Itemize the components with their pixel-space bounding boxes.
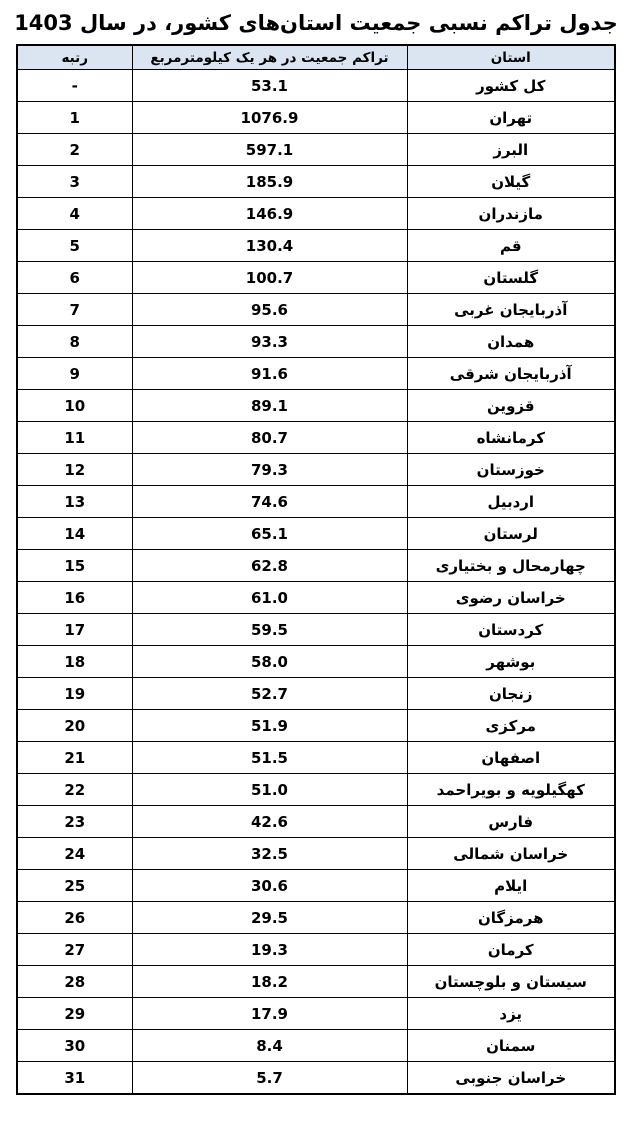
cell-rank: 11 bbox=[17, 422, 132, 454]
cell-rank: 22 bbox=[17, 774, 132, 806]
cell-density: 91.6 bbox=[132, 358, 407, 390]
cell-rank: 7 bbox=[17, 294, 132, 326]
cell-rank: 8 bbox=[17, 326, 132, 358]
cell-rank: 12 bbox=[17, 454, 132, 486]
cell-province: کردستان bbox=[407, 614, 615, 646]
cell-province: تهران bbox=[407, 102, 615, 134]
cell-rank: 10 bbox=[17, 390, 132, 422]
cell-province: اصفهان bbox=[407, 742, 615, 774]
header-rank: رتبه bbox=[17, 45, 132, 70]
cell-density: 62.8 bbox=[132, 550, 407, 582]
cell-rank: 5 bbox=[17, 230, 132, 262]
table-row: البرز597.12 bbox=[17, 134, 615, 166]
cell-density: 51.9 bbox=[132, 710, 407, 742]
table-row: مازندران146.94 bbox=[17, 198, 615, 230]
table-row: کردستان59.517 bbox=[17, 614, 615, 646]
cell-rank: 3 bbox=[17, 166, 132, 198]
table-body: کل کشور53.1-تهران1076.91البرز597.12گیلان… bbox=[17, 70, 615, 1095]
cell-province: مازندران bbox=[407, 198, 615, 230]
cell-province: خراسان جنوبی bbox=[407, 1062, 615, 1095]
cell-rank: - bbox=[17, 70, 132, 102]
cell-province: بوشهر bbox=[407, 646, 615, 678]
cell-rank: 4 bbox=[17, 198, 132, 230]
cell-province: یزد bbox=[407, 998, 615, 1030]
table-row: کرمان19.327 bbox=[17, 934, 615, 966]
cell-rank: 20 bbox=[17, 710, 132, 742]
cell-density: 100.7 bbox=[132, 262, 407, 294]
cell-rank: 27 bbox=[17, 934, 132, 966]
table-row: آذربایجان غربی95.67 bbox=[17, 294, 615, 326]
table-row: کل کشور53.1- bbox=[17, 70, 615, 102]
cell-rank: 16 bbox=[17, 582, 132, 614]
cell-province: گیلان bbox=[407, 166, 615, 198]
cell-province: ایلام bbox=[407, 870, 615, 902]
cell-rank: 28 bbox=[17, 966, 132, 998]
table-row: زنجان52.719 bbox=[17, 678, 615, 710]
cell-density: 185.9 bbox=[132, 166, 407, 198]
cell-province: فارس bbox=[407, 806, 615, 838]
cell-province: لرستان bbox=[407, 518, 615, 550]
table-row: مرکزی51.920 bbox=[17, 710, 615, 742]
cell-density: 29.5 bbox=[132, 902, 407, 934]
cell-province: اردبیل bbox=[407, 486, 615, 518]
cell-province: قزوین bbox=[407, 390, 615, 422]
cell-province: هرمزگان bbox=[407, 902, 615, 934]
table-row: گلستان100.76 bbox=[17, 262, 615, 294]
cell-rank: 21 bbox=[17, 742, 132, 774]
cell-density: 52.7 bbox=[132, 678, 407, 710]
cell-province: گلستان bbox=[407, 262, 615, 294]
cell-density: 597.1 bbox=[132, 134, 407, 166]
cell-density: 146.9 bbox=[132, 198, 407, 230]
table-row: خراسان جنوبی5.731 bbox=[17, 1062, 615, 1095]
table-row: فارس42.623 bbox=[17, 806, 615, 838]
table-row: قم130.45 bbox=[17, 230, 615, 262]
cell-rank: 26 bbox=[17, 902, 132, 934]
table-row: اردبیل74.613 bbox=[17, 486, 615, 518]
cell-province: سمنان bbox=[407, 1030, 615, 1062]
cell-rank: 19 bbox=[17, 678, 132, 710]
table-row: ایلام30.625 bbox=[17, 870, 615, 902]
table-row: سیستان و بلوچستان18.228 bbox=[17, 966, 615, 998]
cell-province: آذربایجان غربی bbox=[407, 294, 615, 326]
cell-province: زنجان bbox=[407, 678, 615, 710]
cell-rank: 1 bbox=[17, 102, 132, 134]
table-row: یزد17.929 bbox=[17, 998, 615, 1030]
cell-density: 18.2 bbox=[132, 966, 407, 998]
cell-province: کل کشور bbox=[407, 70, 615, 102]
cell-density: 51.0 bbox=[132, 774, 407, 806]
cell-rank: 14 bbox=[17, 518, 132, 550]
cell-density: 95.6 bbox=[132, 294, 407, 326]
cell-density: 93.3 bbox=[132, 326, 407, 358]
cell-density: 19.3 bbox=[132, 934, 407, 966]
cell-province: کهگیلویه و بویراحمد bbox=[407, 774, 615, 806]
table-row: تهران1076.91 bbox=[17, 102, 615, 134]
cell-density: 53.1 bbox=[132, 70, 407, 102]
cell-density: 130.4 bbox=[132, 230, 407, 262]
cell-province: کرمان bbox=[407, 934, 615, 966]
cell-density: 5.7 bbox=[132, 1062, 407, 1095]
cell-density: 79.3 bbox=[132, 454, 407, 486]
cell-density: 80.7 bbox=[132, 422, 407, 454]
cell-province: قم bbox=[407, 230, 615, 262]
density-table: استان تراکم جمعیت در هر یک کیلومترمربع ر… bbox=[16, 44, 616, 1095]
table-row: اصفهان51.521 bbox=[17, 742, 615, 774]
cell-rank: 2 bbox=[17, 134, 132, 166]
cell-density: 17.9 bbox=[132, 998, 407, 1030]
cell-density: 74.6 bbox=[132, 486, 407, 518]
cell-density: 59.5 bbox=[132, 614, 407, 646]
cell-rank: 9 bbox=[17, 358, 132, 390]
cell-density: 1076.9 bbox=[132, 102, 407, 134]
cell-density: 32.5 bbox=[132, 838, 407, 870]
header-density: تراکم جمعیت در هر یک کیلومترمربع bbox=[132, 45, 407, 70]
cell-province: البرز bbox=[407, 134, 615, 166]
cell-density: 89.1 bbox=[132, 390, 407, 422]
cell-density: 51.5 bbox=[132, 742, 407, 774]
page-title: جدول تراکم نسبی جمعیت استان‌های کشور، در… bbox=[8, 11, 624, 35]
cell-rank: 29 bbox=[17, 998, 132, 1030]
table-row: هرمزگان29.526 bbox=[17, 902, 615, 934]
cell-province: خوزستان bbox=[407, 454, 615, 486]
cell-province: سیستان و بلوچستان bbox=[407, 966, 615, 998]
cell-density: 61.0 bbox=[132, 582, 407, 614]
cell-density: 30.6 bbox=[132, 870, 407, 902]
table-row: بوشهر58.018 bbox=[17, 646, 615, 678]
table-row: خراسان شمالی32.524 bbox=[17, 838, 615, 870]
cell-province: همدان bbox=[407, 326, 615, 358]
document-page: جدول تراکم نسبی جمعیت استان‌های کشور، در… bbox=[0, 0, 632, 1138]
cell-rank: 6 bbox=[17, 262, 132, 294]
cell-density: 42.6 bbox=[132, 806, 407, 838]
cell-province: خراسان رضوی bbox=[407, 582, 615, 614]
table-row: خراسان رضوی61.016 bbox=[17, 582, 615, 614]
table-row: همدان93.38 bbox=[17, 326, 615, 358]
cell-rank: 15 bbox=[17, 550, 132, 582]
cell-province: کرمانشاه bbox=[407, 422, 615, 454]
table-header-row: استان تراکم جمعیت در هر یک کیلومترمربع ر… bbox=[17, 45, 615, 70]
table-row: لرستان65.114 bbox=[17, 518, 615, 550]
header-province: استان bbox=[407, 45, 615, 70]
table-row: آذربایجان شرقی91.69 bbox=[17, 358, 615, 390]
table-row: قزوین89.110 bbox=[17, 390, 615, 422]
cell-rank: 13 bbox=[17, 486, 132, 518]
cell-province: خراسان شمالی bbox=[407, 838, 615, 870]
cell-rank: 17 bbox=[17, 614, 132, 646]
cell-rank: 23 bbox=[17, 806, 132, 838]
table-row: کهگیلویه و بویراحمد51.022 bbox=[17, 774, 615, 806]
table-row: سمنان8.430 bbox=[17, 1030, 615, 1062]
cell-rank: 31 bbox=[17, 1062, 132, 1095]
cell-density: 65.1 bbox=[132, 518, 407, 550]
cell-density: 58.0 bbox=[132, 646, 407, 678]
table-row: گیلان185.93 bbox=[17, 166, 615, 198]
cell-rank: 25 bbox=[17, 870, 132, 902]
cell-province: مرکزی bbox=[407, 710, 615, 742]
table-row: چهارمحال و بختیاری62.815 bbox=[17, 550, 615, 582]
cell-province: آذربایجان شرقی bbox=[407, 358, 615, 390]
table-row: کرمانشاه80.711 bbox=[17, 422, 615, 454]
cell-rank: 24 bbox=[17, 838, 132, 870]
table-row: خوزستان79.312 bbox=[17, 454, 615, 486]
cell-province: چهارمحال و بختیاری bbox=[407, 550, 615, 582]
cell-rank: 30 bbox=[17, 1030, 132, 1062]
cell-density: 8.4 bbox=[132, 1030, 407, 1062]
cell-rank: 18 bbox=[17, 646, 132, 678]
